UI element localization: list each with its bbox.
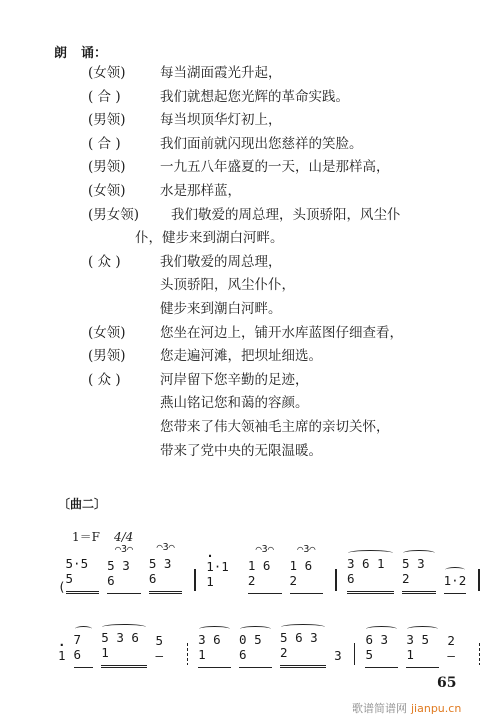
notes: 5 3 6 1 [101,630,147,660]
notes: 7 6 [74,632,94,662]
recitation-line: (男领)一九五八年盛夏的一天，山是那样高， [88,156,478,180]
role-label: (女领) [88,180,160,204]
note-group: 3 6 1 6 [347,556,394,594]
note-group-triplet: ⌒3⌒5 3 6 [149,556,183,594]
line-text: 一九五八年盛夏的一天，山是那样高， [160,156,390,180]
role-label: (女领) [88,322,160,346]
heading-part1: 朗 [54,46,67,61]
recitation-line: (女领)您坐在河边上，铺开水库蓝图仔细查看， [88,322,478,346]
note-group: 5 3 2 [402,556,436,594]
recitation-line: 健步来到潮白河畔。 [88,298,478,322]
barline [194,569,196,591]
triplet-mark: ⌒3⌒ [248,544,282,555]
note-group: 5 — [155,633,175,668]
notes: 3 5 1 [406,632,439,662]
line-text: 水是那样蓝， [160,180,241,204]
score-line-1: ( 5·5 5 ⌒3⌒5 3 6 ⌒3⌒5 3 6 1·1 1 ⌒3⌒1 6 2… [58,556,490,594]
key-signature: 1＝F4/4 [72,528,133,545]
barline [478,569,480,591]
note-group: 5 3 6 1 [101,630,147,668]
recitation-line: ( 众 )我们敬爱的周总理， [88,251,478,275]
note-group: 1·1 1 [206,559,240,594]
line-text: 带来了党中央的无限温暖。 [88,440,322,464]
line-text: 您走遍河滩，把坝址细选。 [160,345,322,369]
score-line-2: 1 7 6 5 3 6 1 5 — 3 6 1 0 5 6 5 6 3 2 3 … [58,630,490,668]
note-group-triplet: ⌒3⌒5 3 6 [107,558,141,594]
section-heading: 朗诵： [54,42,107,61]
barline-dashed [479,643,480,665]
barline [354,643,356,665]
open-paren: ( [58,579,66,594]
note-group: 6 3 5 [365,632,398,668]
line-text: 我们敬爱的周总理，头顶骄阳，风尘仆 [171,204,401,228]
notes: 0 5 6 [239,632,272,662]
recitation-line: 头顶骄阳，风尘仆仆， [88,274,478,298]
recitation-line: (男领)您走遍河滩，把坝址细选。 [88,345,478,369]
recitation-text: (女领)每当湖面霞光升起， ( 合 )我们就想起您光辉的革命实践。 (男领)每当… [88,62,478,463]
role-label: ( 众 ) [88,251,160,275]
role-label: (男领) [88,156,160,180]
note-group: 3 5 1 [406,632,439,668]
note-group: 0 5 6 [239,632,272,668]
line-text: 我们就想起您光辉的革命实践。 [160,86,349,110]
line-text: 燕山铭记您和蔼的容颜。 [88,392,309,416]
barline [335,569,337,591]
watermark-cn: 歌谱简谱网 [352,702,407,715]
recitation-line: (男女领)我们敬爱的周总理，头顶骄阳，风尘仆 [88,204,478,228]
notes: 6 3 5 [365,632,398,662]
line-text: 头顶骄阳，风尘仆仆， [88,274,295,298]
note-group: 1 [58,648,66,668]
watermark: 歌谱简谱网jianpu.cn [352,700,461,716]
recitation-line: ( 众 )河岸留下您辛勤的足迹， [88,369,478,393]
time-signature: 4/4 [114,530,133,544]
recitation-line: ( 合 )我们面前就闪现出您慈祥的笑脸。 [88,133,478,157]
note-group: 3 [334,648,342,668]
note-group: 5 6 3 2 [280,630,326,668]
notes: 5 3 2 [402,556,436,586]
key-label: 1＝F [72,530,100,544]
triplet-mark: ⌒3⌒ [149,542,183,553]
recitation-line: 带来了党中央的无限温暖。 [88,440,478,464]
recitation-line: 燕山铭记您和蔼的容颜。 [88,392,478,416]
role-label: (男领) [88,345,160,369]
score-section-label: 〔曲二〕 [58,495,106,512]
watermark-site: jianpu.cn [411,702,461,715]
triplet-mark: ⌒3⌒ [290,544,324,555]
recitation-line: (女领)水是那样蓝， [88,180,478,204]
line-text: 每当坝顶华灯初上， [160,109,282,133]
note-group-triplet: ⌒3⌒1 6 2 [248,558,282,594]
notes: 5 6 3 2 [280,630,326,660]
recitation-line: (男领)每当坝顶华灯初上， [88,109,478,133]
recitation-line: 您带来了伟大领袖毛主席的亲切关怀， [88,416,478,440]
barline-dashed [187,643,188,665]
role-label: ( 众 ) [88,369,160,393]
recitation-line: 仆，健步来到湖白河畔。 [88,227,478,251]
notes: 3 6 1 6 [347,556,394,586]
line-text: 您坐在河边上，铺开水库蓝图仔细查看， [160,322,403,346]
notes: 5 3 6 [149,556,172,586]
heading-part2: 诵： [81,46,107,61]
notes: 1 6 2 [290,558,313,588]
note-group: 2 — [447,633,467,668]
line-text: 仆，健步来到湖白河畔。 [88,227,284,251]
role-label: (女领) [88,62,160,86]
note-group: 3 6 1 [198,632,231,668]
notes: 1·2 [444,573,467,588]
line-text: 我们敬爱的周总理， [160,251,282,275]
note-group: 7 6 [74,632,94,668]
notes: 1 6 2 [248,558,271,588]
notes: 3 6 1 [198,632,231,662]
notes: 5 3 6 [107,558,130,588]
role-label: (男女领) [88,204,171,228]
note-group-triplet: ⌒3⌒1 6 2 [290,558,324,594]
line-text: 健步来到潮白河畔。 [88,298,282,322]
line-text: 河岸留下您辛勤的足迹， [160,369,309,393]
line-text: 您带来了伟大领袖毛主席的亲切关怀， [88,416,390,440]
role-label: (男领) [88,109,160,133]
page-number: 65 [437,675,456,691]
note-group: 1·2 [444,573,467,594]
note-high: 1 [58,648,66,663]
line-text: 每当湖面霞光升起， [160,62,282,86]
recitation-line: (女领)每当湖面霞光升起， [88,62,478,86]
line-text: 我们面前就闪现出您慈祥的笑脸。 [160,133,363,157]
role-label: ( 合 ) [88,86,160,110]
role-label: ( 合 ) [88,133,160,157]
note-group: 5·5 5 [66,556,100,594]
note-high: 1 [206,559,214,574]
recitation-line: ( 合 )我们就想起您光辉的革命实践。 [88,86,478,110]
triplet-mark: ⌒3⌒ [107,544,141,555]
